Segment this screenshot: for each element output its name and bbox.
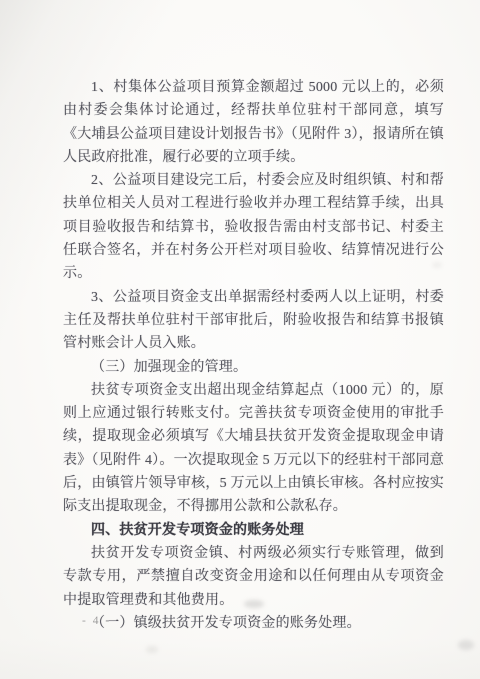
paragraph-item-1: 1、村集体公益项目预算金额超过 5000 元以上的，必须由村委会集体讨论通过，经… <box>63 76 444 169</box>
paragraph-item-3: 3、公益项目资金支出单据需经村委两人以上证明，村委主任及帮扶单位驻村干部审批后，… <box>63 286 444 356</box>
paragraph-item-2: 2、公益项目建设完工后，村委会应及时组织镇、村和帮扶单位相关人员对工程进行验收并… <box>63 169 444 285</box>
paragraph-cash-rules: 扶贫专项资金支出超出现金结算起点（1000 元）的，原则上应通过银行转账支付。完… <box>63 379 444 519</box>
scanned-document-page: 1、村集体公益项目预算金额超过 5000 元以上的，必须由村委会集体讨论通过，经… <box>0 0 480 679</box>
subheading-section-3: （三）加强现金的管理。 <box>63 356 444 379</box>
paragraph-account-rules: 扶贫开发专项资金镇、村两级必须实行专账管理，做到专款专用，严禁擅自改变资金用途和… <box>63 542 444 612</box>
page-number: - 4 - <box>82 615 111 627</box>
document-body: 1、村集体公益项目预算金额超过 5000 元以上的，必须由村委会集体讨论通过，经… <box>63 76 444 635</box>
scan-smudge <box>458 640 474 650</box>
scan-smudge <box>146 646 158 653</box>
subheading-section-1: （一）镇级扶贫开发专项资金的账务处理。 <box>63 612 444 635</box>
section-heading-4: 四、扶贫开发专项资金的账务处理 <box>63 519 444 542</box>
